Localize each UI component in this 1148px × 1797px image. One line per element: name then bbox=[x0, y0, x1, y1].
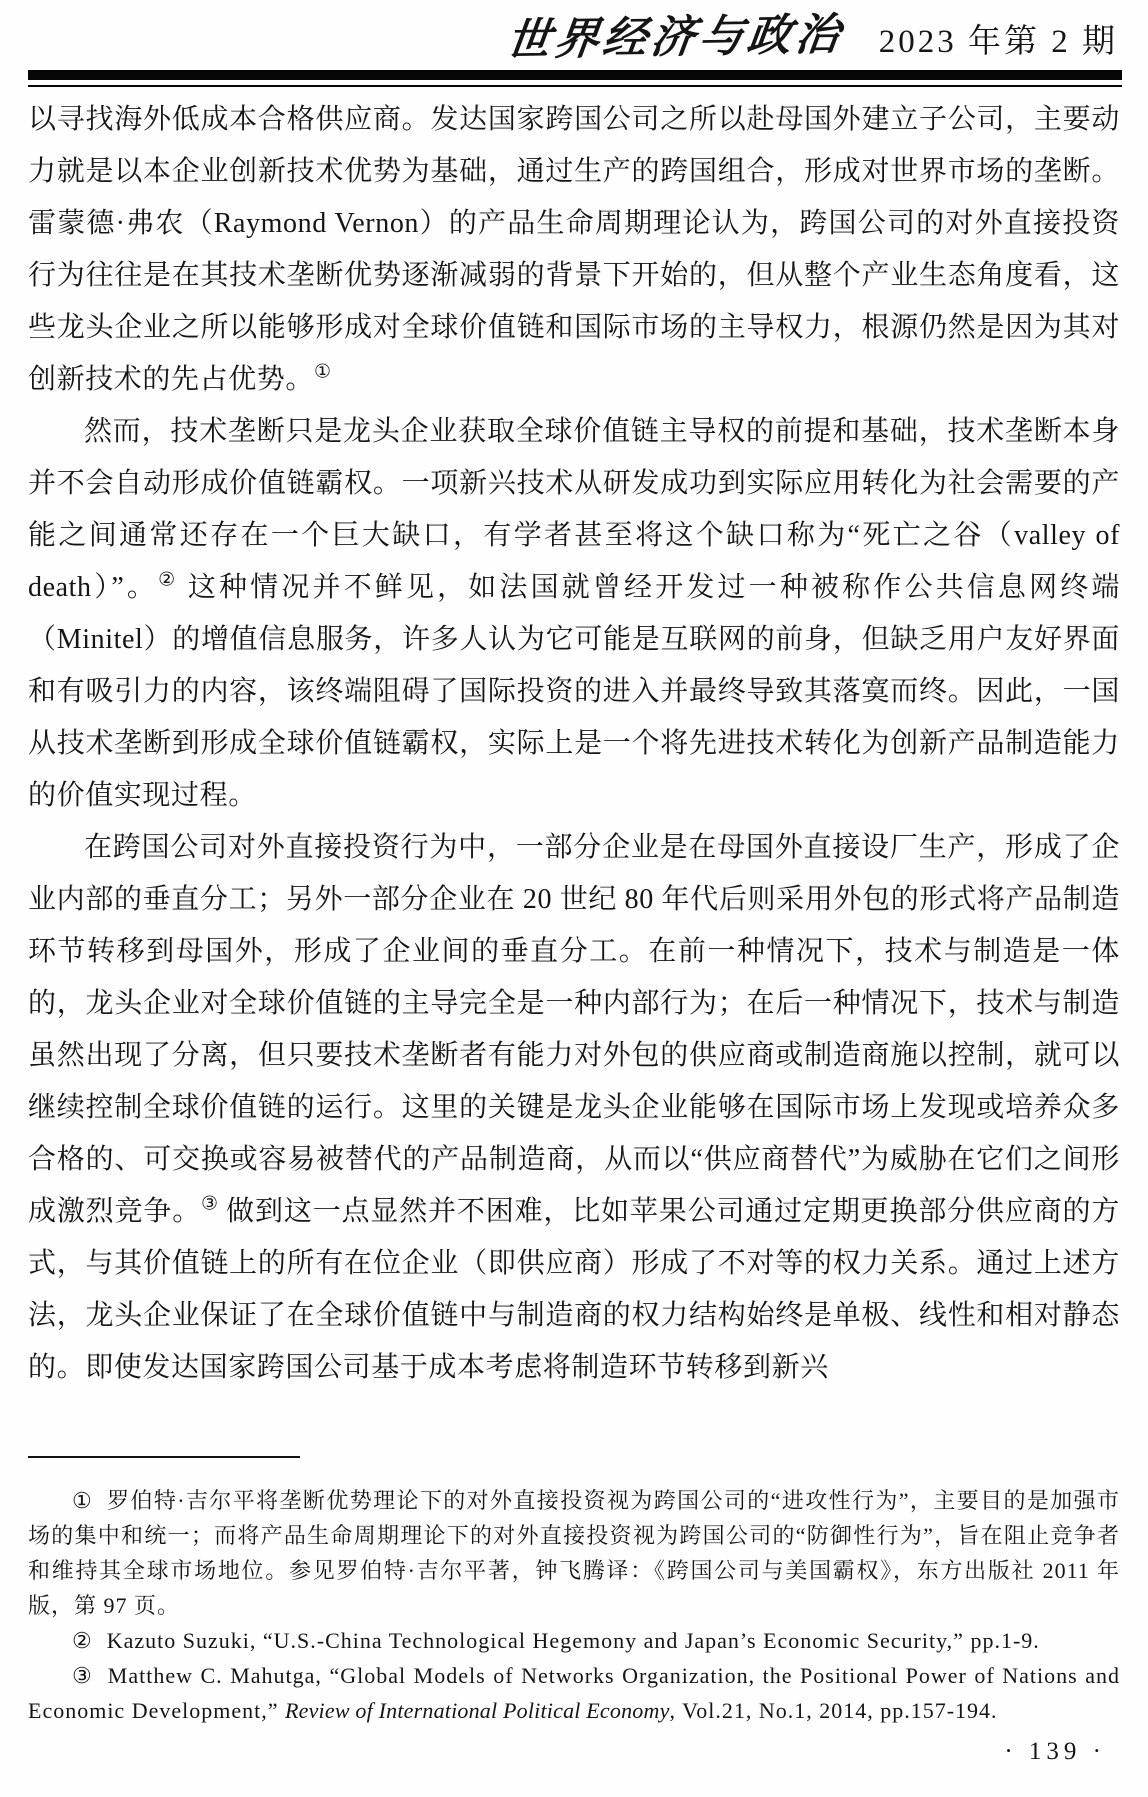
page-header: 世界经济与政治 2023 年第 2 期 bbox=[507, 14, 1118, 62]
footnote-item: ①罗伯特·吉尔平将垄断优势理论下的对外直接投资视为跨国公司的“进攻性行为”，主要… bbox=[28, 1483, 1120, 1623]
text-run: 罗伯特·吉尔平将垄断优势理论下的对外直接投资视为跨国公司的“进攻性行为”，主要目… bbox=[28, 1488, 1120, 1618]
body-paragraph: 以寻找海外低成本合格供应商。发达国家跨国公司之所以赴母国外建立子公司，主要动力就… bbox=[28, 94, 1120, 406]
cited-journal-title: Review of International Political Econom… bbox=[285, 1698, 670, 1723]
body-paragraph: 然而，技术垄断只是龙头企业获取全球价值链主导权的前提和基础，技术垄断本身并不会自… bbox=[28, 406, 1120, 822]
article-body: 以寻找海外低成本合格供应商。发达国家跨国公司之所以赴母国外建立子公司，主要动力就… bbox=[28, 94, 1120, 1394]
text-run: 这种情况并不鲜见，如法国就曾经开发过一种被称作公共信息网终端（Minitel）的… bbox=[28, 572, 1120, 811]
journal-page: 世界经济与政治 2023 年第 2 期 以寻找海外低成本合格供应商。发达国家跨国… bbox=[0, 0, 1148, 1797]
footnote-item: ③Matthew C. Mahutga, “Global Models of N… bbox=[28, 1658, 1120, 1728]
footnote-marker: ② bbox=[72, 1628, 93, 1653]
issue-info: 2023 年第 2 期 bbox=[879, 23, 1118, 63]
body-paragraph: 在跨国公司对外直接投资行为中，一部分企业是在母国外直接设厂生产，形成了企业内部的… bbox=[28, 822, 1120, 1394]
journal-title-calligraphy: 世界经济与政治 bbox=[503, 11, 846, 65]
footnote-item: ②Kazuto Suzuki, “U.S.-China Technologica… bbox=[28, 1623, 1120, 1658]
page-number: · 139 · bbox=[1004, 1738, 1106, 1766]
text-run: 在跨国公司对外直接投资行为中，一部分企业是在母国外直接设厂生产，形成了企业内部的… bbox=[28, 832, 1120, 1227]
text-run: , Vol.21, No.1, 2014, pp.157-194. bbox=[670, 1698, 998, 1723]
text-run: Kazuto Suzuki, “U.S.-China Technological… bbox=[107, 1628, 1040, 1653]
footnote-ref: ② bbox=[158, 570, 178, 591]
footnotes-section: ①罗伯特·吉尔平将垄断优势理论下的对外直接投资视为跨国公司的“进攻性行为”，主要… bbox=[28, 1483, 1120, 1728]
footnote-ref: ③ bbox=[201, 1194, 218, 1215]
footnote-marker: ③ bbox=[72, 1663, 94, 1688]
header-rule-thin bbox=[28, 85, 1122, 87]
header-rule-thick bbox=[28, 70, 1122, 80]
footnote-ref: ① bbox=[314, 362, 331, 383]
text-run: 以寻找海外低成本合格供应商。发达国家跨国公司之所以赴母国外建立子公司，主要动力就… bbox=[28, 104, 1120, 395]
footnote-marker: ① bbox=[72, 1488, 93, 1513]
footnote-separator bbox=[28, 1456, 300, 1458]
